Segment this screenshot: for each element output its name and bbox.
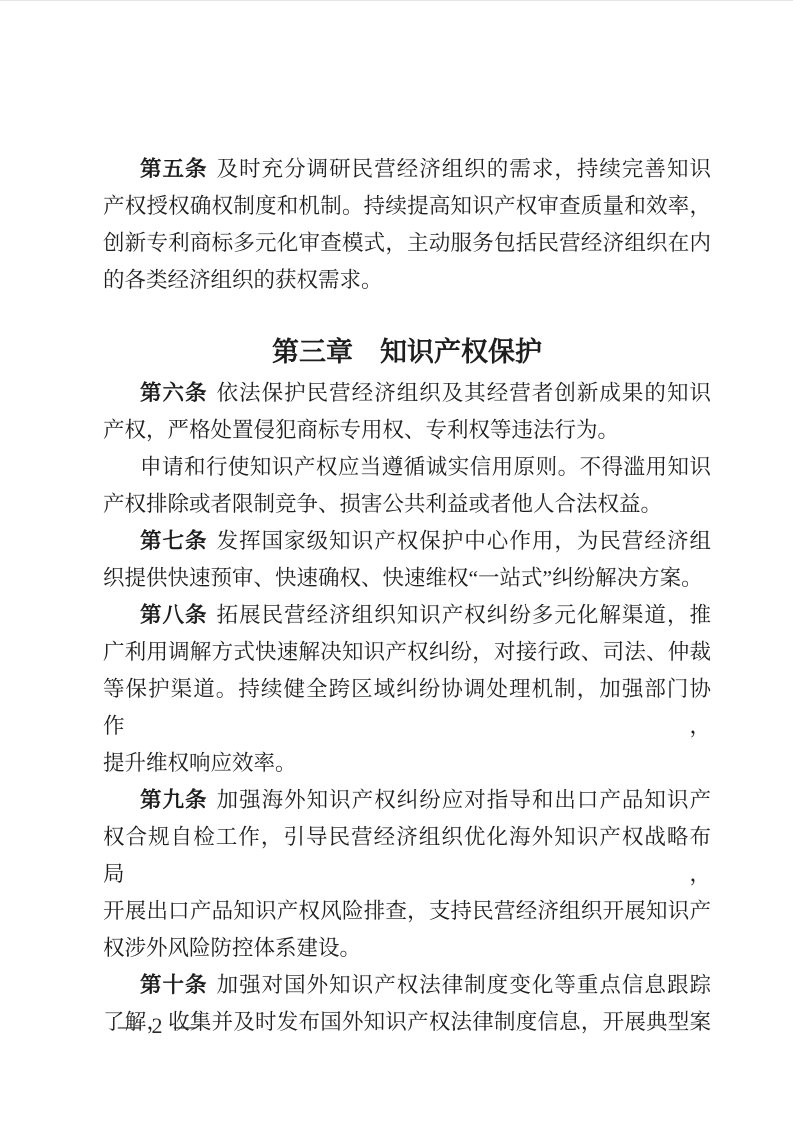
paragraph-article-8: 第八条拓展民营经济组织知识产权纠纷多元化解渠道，推 广利用调解方式快速解决知识产…: [103, 597, 711, 782]
article-number-label: 第六条: [140, 381, 208, 405]
text-line: 广利用调解方式快速解决知识产权纠纷，对接行政、司法、仲裁: [103, 634, 711, 671]
paragraph-article-6-continued: 申请和行使知识产权应当遵循诚实信用原则。不得滥用知识 产权排除或者限制竞争、损害…: [103, 449, 711, 523]
text-line: 第十条加强对国外知识产权法律制度变化等重点信息跟踪: [103, 967, 711, 1004]
text-line: 第八条拓展民营经济组织知识产权纠纷多元化解渠道，推: [103, 597, 711, 634]
text-line-content: 及时充分调研民营经济组织的需求，持续完善知识: [217, 157, 711, 181]
paragraph-article-5: 第五条及时充分调研民营经济组织的需求，持续完善知识 产权授权确权制度和机制。持续…: [103, 151, 711, 299]
article-number-label: 第七条: [140, 529, 208, 553]
article-number-label: 第十条: [140, 973, 208, 997]
paragraph-article-9: 第九条加强海外知识产权纠纷应对指导和出口产品知识产 权合规自检工作，引导民营经济…: [103, 782, 711, 967]
text-line-content: 申请和行使知识产权应当遵循诚实信用原则。不得滥用知识: [140, 455, 711, 479]
page-number: — 2 —: [118, 1013, 199, 1039]
text-line-content: 拓展民营经济组织知识产权纠纷多元化解渠道，推: [217, 603, 711, 627]
text-line-content: 加强海外知识产权纠纷应对指导和出口产品知识产: [217, 788, 711, 812]
paragraph-article-7: 第七条发挥国家级知识产权保护中心作用，为民营经济组 织提供快速预审、快速确权、快…: [103, 523, 711, 597]
text-line-content: 发挥国家级知识产权保护中心作用，为民营经济组: [217, 529, 711, 553]
text-line-content: 依法保护民营经济组织及其经营者创新成果的知识: [217, 381, 711, 405]
article-number-label: 第五条: [140, 157, 208, 181]
text-line: 权涉外风险防控体系建设。: [103, 930, 711, 967]
text-line: 申请和行使知识产权应当遵循诚实信用原则。不得滥用知识: [103, 449, 711, 486]
text-line: 的各类经济组织的获权需求。: [103, 262, 711, 299]
chapter-heading: 第三章 知识产权保护: [103, 330, 711, 374]
text-line: 产权排除或者限制竞争、损害公共利益或者他人合法权益。: [103, 486, 711, 523]
text-line: 第九条加强海外知识产权纠纷应对指导和出口产品知识产: [103, 782, 711, 819]
text-line-content: 加强对国外知识产权法律制度变化等重点信息跟踪: [217, 973, 711, 997]
document-page: 第五条及时充分调研民营经济组织的需求，持续完善知识 产权授权确权制度和机制。持续…: [0, 0, 793, 1122]
text-line: 产权授权确权制度和机制。持续提高知识产权审查质量和效率，: [103, 188, 711, 225]
article-number-label: 第八条: [140, 603, 208, 627]
document-content: 第五条及时充分调研民营经济组织的需求，持续完善知识 产权授权确权制度和机制。持续…: [103, 151, 711, 1041]
text-line: 第五条及时充分调研民营经济组织的需求，持续完善知识: [103, 151, 711, 188]
article-number-label: 第九条: [140, 788, 208, 812]
text-line: 创新专利商标多元化审查模式，主动服务包括民营经济组织在内: [103, 225, 711, 262]
paragraph-article-6: 第六条依法保护民营经济组织及其经营者创新成果的知识 产权，严格处置侵犯商标专用权…: [103, 375, 711, 449]
text-line: 第六条依法保护民营经济组织及其经营者创新成果的知识: [103, 375, 711, 412]
text-line: 开展出口产品知识产权风险排查，支持民营经济组织开展知识产: [103, 893, 711, 930]
text-line: 第七条发挥国家级知识产权保护中心作用，为民营经济组: [103, 523, 711, 560]
text-line: 提升维权响应效率。: [103, 745, 711, 782]
text-line: 织提供快速预审、快速确权、快速维权“一站式”纠纷解决方案。: [103, 560, 711, 597]
text-line: 产权，严格处置侵犯商标专用权、专利权等违法行为。: [103, 412, 711, 449]
text-line: 等保护渠道。持续健全跨区域纠纷协调处理机制，加强部门协作，: [103, 671, 711, 745]
text-line: 权合规自检工作，引导民营经济组织优化海外知识产权战略布局，: [103, 819, 711, 893]
